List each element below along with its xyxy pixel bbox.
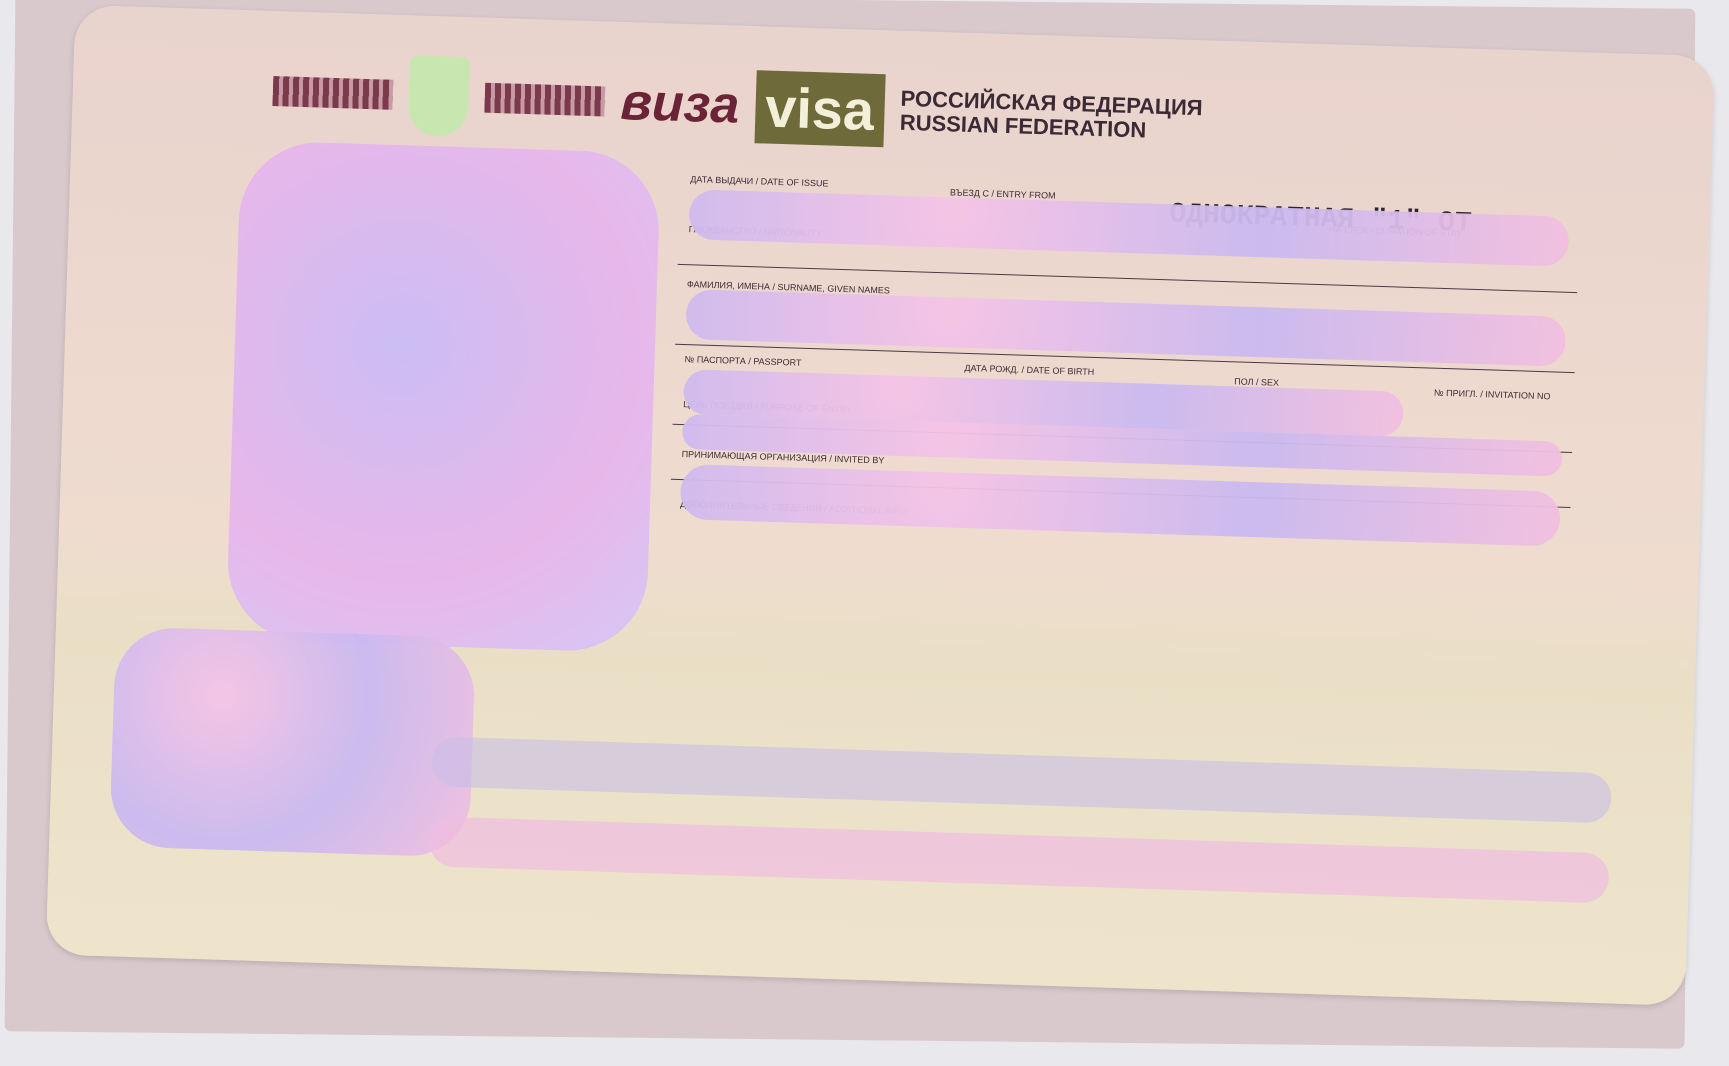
redacted-mrz-line-1 [431, 736, 1612, 823]
redacted-field [685, 289, 1566, 367]
decorative-stripe [272, 76, 393, 110]
issuing-country: РОССИЙСКАЯ ФЕДЕРАЦИЯ RUSSIAN FEDERATION [899, 87, 1203, 145]
visa-header: виза visa РОССИЙСКАЯ ФЕДЕРАЦИЯ RUSSIAN F… [272, 51, 1204, 160]
passport-page: виза visa РОССИЙСКАЯ ФЕДЕРАЦИЯ RUSSIAN F… [5, 0, 1696, 1049]
label-passport: № паспорта / Passport [684, 354, 801, 368]
redacted-field [680, 464, 1561, 547]
label-dob: Дата рожд. / Date of birth [964, 363, 1094, 377]
redacted-region [109, 626, 476, 857]
redacted-photo [226, 140, 661, 653]
decorative-stripe [484, 83, 605, 117]
emblem-icon [408, 55, 470, 137]
redacted-field [688, 189, 1569, 267]
visa-title-en: visa [754, 70, 885, 147]
visa-title-ru: виза [620, 72, 740, 136]
label-invitation: № пригл. / Invitation No [1434, 388, 1551, 402]
redacted-mrz-line-2 [429, 816, 1610, 903]
label-date-of-issue: Дата выдачи / Date of issue [690, 174, 829, 188]
visa-sticker: виза visa РОССИЙСКАЯ ФЕДЕРАЦИЯ RUSSIAN F… [46, 5, 1715, 1006]
